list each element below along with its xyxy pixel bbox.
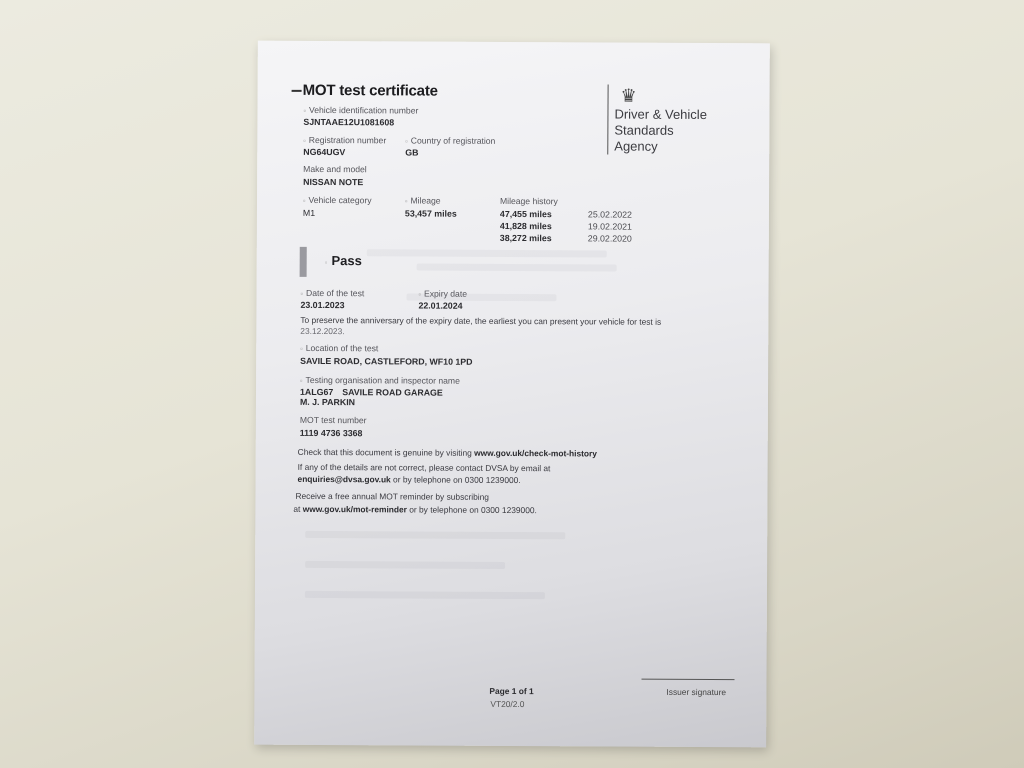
testing-org-label-text: Testing organisation and inspector name — [306, 375, 460, 386]
show-through-text — [305, 531, 565, 539]
testing-org-label: ▫Testing organisation and inspector name — [300, 375, 460, 386]
vin-value: SJNTAAE12U1081608 — [303, 117, 394, 127]
country-label-text: Country of registration — [411, 135, 496, 145]
check-mot-history-link[interactable]: www.gov.uk/check-mot-history — [474, 448, 597, 459]
mileage-value: 53,457 miles — [405, 208, 457, 218]
mileage-history-row: 38,272 miles29.02.2020 — [500, 233, 632, 244]
field-icon: ▫ — [303, 198, 306, 205]
reminder-phone-text: or by telephone on 0300 1239000. — [407, 504, 537, 515]
test-date-label-text: Date of the test — [306, 288, 364, 298]
genuine-check-text: Check that this document is genuine by v… — [298, 447, 597, 459]
location-value: SAVILE ROAD, CASTLEFORD, WF10 1PD — [300, 356, 472, 367]
country-value: GB — [405, 147, 418, 157]
history-date: 29.02.2020 — [588, 233, 632, 243]
test-number-label: MOT test number — [300, 415, 367, 425]
country-label: ▫Country of registration — [405, 135, 495, 145]
field-icon: ▫ — [300, 378, 303, 385]
location-label-text: Location of the test — [306, 343, 379, 353]
dash-mark — [292, 90, 302, 92]
history-miles: 41,828 miles — [500, 221, 568, 231]
result-icon: ◦ — [325, 258, 328, 267]
field-icon: ▫ — [303, 138, 306, 145]
mileage-label-text: Mileage — [410, 195, 440, 205]
mileage-history-row: 41,828 miles19.02.2021 — [500, 221, 632, 232]
issuer-signature-label: Issuer signature — [666, 687, 726, 697]
document-title: MOT test certificate — [292, 82, 438, 100]
show-through-text — [305, 591, 545, 599]
history-date: 25.02.2022 — [588, 209, 632, 219]
reminder-text-line-2: at www.gov.uk/mot-reminder or by telepho… — [293, 504, 537, 515]
document-title-text: MOT test certificate — [303, 82, 438, 100]
history-miles: 38,272 miles — [500, 233, 568, 243]
genuine-check-prefix: Check that this document is genuine by v… — [298, 447, 474, 458]
mot-reminder-link[interactable]: www.gov.uk/mot-reminder — [303, 504, 407, 515]
registration-value: NG64UGV — [303, 147, 345, 157]
royal-coat-of-arms-icon: ♛ — [621, 87, 708, 105]
reminder-text-line-1: Receive a free annual MOT reminder by su… — [295, 491, 489, 502]
make-model-value: NISSAN NOTE — [303, 177, 363, 187]
show-through-text — [305, 561, 505, 569]
expiry-date-label: ▫Expiry date — [418, 289, 467, 299]
org-code: 1ALG67 — [300, 387, 333, 397]
test-date-label: ▫Date of the test — [301, 288, 365, 298]
agency-name-line-3: Agency — [614, 139, 707, 155]
test-number-value: 1119 4736 3368 — [300, 428, 363, 438]
test-result-status: Pass — [332, 253, 362, 268]
mileage-history-list: 47,455 miles25.02.2022 41,828 miles19.02… — [500, 209, 632, 244]
mileage-label: ▫Mileage — [405, 195, 441, 205]
contact-text-line-2: enquiries@dvsa.gov.uk or by telephone on… — [298, 474, 521, 485]
mileage-history-label: Mileage history — [500, 196, 558, 206]
contact-text-line-1: If any of the details are not correct, p… — [298, 462, 551, 473]
location-label: ▫Location of the test — [300, 343, 378, 353]
field-icon: ▫ — [405, 138, 408, 145]
dvsa-logo: ♛ Driver & Vehicle Standards Agency — [607, 84, 707, 155]
vehicle-category-label: ▫Vehicle category — [303, 195, 372, 205]
vehicle-category-label-text: Vehicle category — [308, 195, 371, 205]
reminder-prefix: at — [293, 504, 302, 514]
history-miles: 47,455 miles — [500, 209, 568, 219]
contact-phone-text: or by telephone on 0300 1239000. — [391, 474, 521, 485]
mileage-history-row: 47,455 miles25.02.2022 — [500, 209, 632, 220]
show-through-text — [417, 263, 617, 271]
field-icon: ▫ — [405, 198, 408, 205]
signature-line — [642, 679, 735, 680]
history-date: 19.02.2021 — [588, 221, 632, 231]
expiry-date-value: 22.01.2024 — [418, 301, 462, 311]
anniversary-note-line-2: 23.12.2023. — [300, 326, 344, 336]
test-date-value: 23.01.2023 — [300, 300, 344, 310]
anniversary-note-line-1: To preserve the anniversary of the expir… — [300, 315, 661, 327]
vin-label-text: Vehicle identification number — [309, 105, 418, 116]
inspector-name: M. J. PARKIN — [300, 397, 355, 407]
vehicle-category-value: M1 — [303, 208, 315, 218]
show-through-text — [367, 249, 607, 257]
field-icon: ▫ — [300, 346, 303, 353]
form-code: VT20/2.0 — [490, 699, 524, 709]
expiry-date-label-text: Expiry date — [424, 289, 467, 299]
field-icon: ▫ — [301, 291, 304, 298]
make-model-label: Make and model — [303, 164, 367, 174]
agency-name-line-2: Standards — [614, 123, 707, 139]
vin-label: ▫Vehicle identification number — [303, 105, 418, 116]
contact-email-link[interactable]: enquiries@dvsa.gov.uk — [298, 474, 391, 484]
test-result: ◦Pass — [325, 253, 362, 268]
mot-certificate-paper: MOT test certificate ♛ Driver & Vehicle … — [254, 41, 770, 748]
field-icon: ▫ — [303, 108, 306, 115]
result-marker-bar — [300, 247, 307, 277]
page-number: Page 1 of 1 — [489, 686, 533, 696]
agency-name-line-1: Driver & Vehicle — [614, 107, 707, 123]
registration-label: ▫Registration number — [303, 135, 386, 145]
org-name: SAVILE ROAD GARAGE — [342, 387, 443, 398]
field-icon: ▫ — [418, 292, 421, 299]
registration-label-text: Registration number — [309, 135, 386, 145]
